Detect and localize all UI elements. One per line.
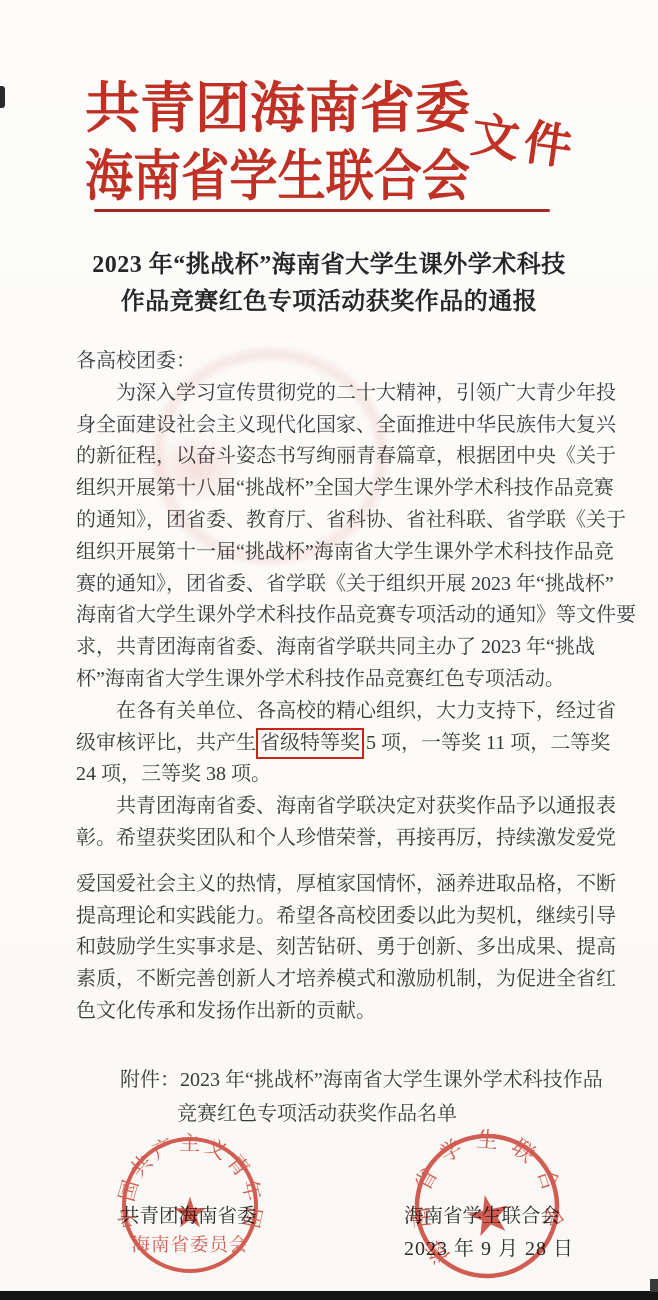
attachment-note: 附件：2023 年“挑战杯”海南省大学生课外学术科技作品 竞赛红色专项活动获奖作… <box>120 1063 603 1131</box>
document-title-line2: 作品竞赛红色专项活动获奖作品的通报 <box>0 284 658 321</box>
body-line: 组织开展第十八届“挑战杯”全国大学生课外学术科技作品竞赛 <box>76 473 596 505</box>
photo-left-edge-artifact <box>0 86 5 108</box>
left-seal-star-icon: ★ <box>171 1191 209 1237</box>
highlight-line-suffix: 5 项，一等奖 11 项，二等奖 <box>366 732 610 754</box>
body-line: 杯”海南省大学生课外学术科技作品竞赛红色专项活动。 <box>76 664 596 696</box>
document-body: 各高校团委： 为深入学习宣传贯彻党的二十大精神，引领广大青少年投 身全面建设社会… <box>76 346 596 1028</box>
left-official-seal-stamp-icon: 中国共产主义青年团 ★ 海南省委员会 <box>115 1130 265 1280</box>
body-line: 爱国爱社会主义的热情，厚植家国情怀，涵养进取品格，不断 <box>76 869 596 901</box>
paragraph-gap <box>76 855 596 869</box>
right-official-seal-stamp-icon: 海南省学生联合会 ★ <box>409 1128 565 1284</box>
body-line: 和鼓励学生实事求是、刻苦钻研、勇于创新、多出成果、提高 <box>76 932 596 964</box>
right-seal-star-icon: ★ <box>459 1181 519 1250</box>
body-line: 求，共青团海南省委、海南省学联共同主办了 2023 年“挑战 <box>76 632 596 664</box>
body-line: 共青团海南省委、海南省学联决定对获奖作品予以通报表 <box>76 791 596 823</box>
document-page: 共青团海南省委 海南省学生联合会 文件 2023 年“挑战杯”海南省大学生课外学… <box>0 0 658 1300</box>
letterhead-doc-type-label: 文件 <box>467 96 582 179</box>
body-line: 24 项，三等奖 38 项。 <box>76 759 596 791</box>
document-title: 2023 年“挑战杯”海南省大学生课外学术科技 作品竞赛红色专项活动获奖作品的通… <box>0 247 658 321</box>
photo-right-edge-artifact <box>650 1279 658 1292</box>
attachment-line1: 附件：2023 年“挑战杯”海南省大学生课外学术科技作品 <box>120 1063 603 1097</box>
body-line: 的通知》，团省委、教育厅、省科协、省社科联、省学联《关于 <box>76 505 596 537</box>
highlight-line-prefix: 级审核评比，共产生 <box>76 732 256 754</box>
left-seal-inner-text: 海南省委员会 <box>131 1234 248 1256</box>
body-line: 海南省大学生课外学术科技作品竞赛专项活动的通知》等文件要 <box>76 600 596 632</box>
body-line: 赛的通知》，团省委、省学联《关于组织开展 2023 年“挑战杯” <box>76 569 596 601</box>
body-line: 提高理论和实践能力。希望各高校团委以此为契机，继续引导 <box>76 901 596 933</box>
body-line: 组织开展第十一届“挑战杯”海南省大学生课外学术科技作品竞 <box>76 537 596 569</box>
salutation: 各高校团委： <box>76 346 596 378</box>
body-line: 素质，不断完善创新人才培养模式和激励机制，为促进全省红 <box>76 964 596 996</box>
letterhead-separator-rule <box>94 209 550 212</box>
document-title-line1: 2023 年“挑战杯”海南省大学生课外学术科技 <box>0 247 658 284</box>
body-line: 为深入学习宣传贯彻党的二十大精神，引领广大青少年投 <box>76 378 596 410</box>
body-line: 在各有关单位、各高校的精心组织，大力支持下，经过省 <box>76 696 596 728</box>
body-line-with-highlight: 级审核评比，共产生省级特等奖5 项，一等奖 11 项，二等奖 <box>76 728 596 760</box>
highlight-box-award-grade: 省级特等奖 <box>256 728 364 759</box>
body-line: 彰。希望获奖团队和个人珍惜荣誉，再接再厉，持续激发爱党 <box>76 823 596 855</box>
body-line: 身全面建设社会主义现代化国家、全面推进中华民族伟大复兴 <box>76 410 596 442</box>
body-line: 的新征程，以奋斗姿态书写绚丽青春篇章，根据团中央《关于 <box>76 441 596 473</box>
attachment-line2: 竞赛红色专项活动获奖作品名单 <box>120 1097 603 1131</box>
body-line: 色文化传承和发扬作出新的贡献。 <box>76 996 596 1028</box>
letterhead-org-line2: 海南省学生联合会 <box>85 132 470 211</box>
photo-bottom-edge-bar <box>0 1291 658 1300</box>
